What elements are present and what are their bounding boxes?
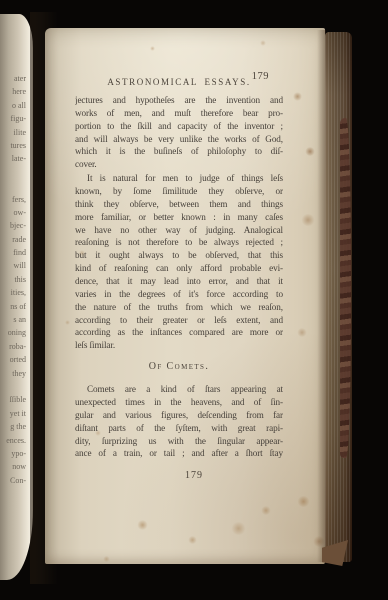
foxing-spot — [261, 506, 271, 515]
text-line: It is natural for men to judge of things… — [75, 172, 283, 185]
foxing-spot — [150, 46, 155, 51]
text-fragment: s an — [0, 313, 26, 326]
foxing-spot — [231, 522, 246, 535]
text-line: think they obſerve, between them and thi… — [75, 198, 283, 211]
foxing-spot — [297, 328, 307, 337]
text-line: according to their greater or leſs exten… — [75, 314, 283, 327]
text-fragment: bjec- — [0, 219, 26, 232]
paragraph-3: Comets are a kind of ſtars appearing atu… — [75, 383, 283, 460]
previous-page-text-fragments: aterhereo allfigu-ilitetureslate- fers,o… — [0, 72, 26, 487]
text-line: but it ought always to be obſerved, that… — [75, 249, 283, 262]
text-line: according as the inſtances compared are … — [75, 326, 283, 339]
text-line: and will always be very unlike the works… — [75, 133, 283, 146]
paragraph-2: It is natural for men to judge of things… — [75, 172, 283, 352]
text-line: leſs ſimilar. — [75, 339, 283, 352]
text-fragment — [0, 380, 26, 393]
text-fragment: rade — [0, 233, 26, 246]
page-text-block: jectures and hypotheſes are the inventio… — [75, 94, 283, 481]
text-fragment: fers, — [0, 193, 26, 206]
foxing-spot — [293, 92, 302, 101]
text-fragment: late- — [0, 152, 26, 165]
text-line: kind of reaſoning can only afford probab… — [75, 262, 283, 275]
header-page-number: 179 — [252, 71, 269, 82]
text-line: reaſoning is not therefore to be always … — [75, 236, 283, 249]
text-fragment: tures — [0, 139, 26, 152]
foxing-spot — [305, 147, 315, 156]
previous-page-edge: aterhereo allfigu-ilitetureslate- fers,o… — [0, 14, 33, 580]
foxing-spot — [103, 556, 110, 562]
book-page: ASTRONOMICAL ESSAYS. 179 jectures and hy… — [45, 28, 325, 564]
text-fragment: ypo- — [0, 447, 26, 460]
text-line: more familiar, or better known : in many… — [75, 211, 283, 224]
section-heading: Of Comets. — [75, 361, 283, 372]
text-line: jectures and hypotheſes are the inventio… — [75, 94, 283, 107]
text-line: varies in the degrees of it's force acco… — [75, 288, 283, 301]
text-line: which it is the buſineſs of philoſophy t… — [75, 145, 283, 158]
text-line: the nature of the truths from which we r… — [75, 301, 283, 314]
text-fragment: oning — [0, 326, 26, 339]
text-line: unexpected times in the heavens, and of … — [75, 396, 283, 409]
text-fragment: here — [0, 85, 26, 98]
text-fragment: now — [0, 460, 26, 473]
text-line: ance of a train, or tail ; and after a ſ… — [75, 447, 283, 460]
text-line: works of men, and muſt therefore bear pr… — [75, 107, 283, 120]
text-fragment: they — [0, 367, 26, 380]
text-fragment — [0, 166, 26, 179]
header-title: ASTRONOMICAL ESSAYS. — [107, 77, 250, 87]
foxing-spot — [65, 320, 70, 325]
text-fragment: figu- — [0, 112, 26, 125]
text-fragment: find — [0, 246, 26, 259]
text-line: Comets are a kind of ſtars appearing at — [75, 383, 283, 396]
text-fragment: g the — [0, 420, 26, 433]
text-line: cover. — [75, 158, 283, 171]
foxing-spot — [188, 536, 197, 544]
foxing-spot — [260, 40, 266, 46]
foxing-spot — [301, 214, 315, 226]
text-fragment: this — [0, 273, 26, 286]
footer-page-number: 179 — [90, 470, 298, 481]
text-line: portion to the ſkill and capacity of the… — [75, 120, 283, 133]
paragraph-1: jectures and hypotheſes are the inventio… — [75, 94, 283, 171]
text-line: we have no other way of judging. Analogi… — [75, 224, 283, 237]
running-header: ASTRONOMICAL ESSAYS. 179 — [75, 72, 283, 86]
text-fragment: orted — [0, 353, 26, 366]
text-fragment: ater — [0, 72, 26, 85]
text-line: diſtant parts of the ſyſtem, with great … — [75, 422, 283, 435]
book-photograph: aterhereo allfigu-ilitetureslate- fers,o… — [0, 0, 388, 600]
text-fragment: ow- — [0, 206, 26, 219]
text-fragment: ences. — [0, 434, 26, 447]
text-fragment: ſſible — [0, 393, 26, 406]
text-fragment: will — [0, 259, 26, 272]
text-fragment: Con- — [0, 474, 26, 487]
marbled-edge — [340, 118, 351, 458]
foxing-spot — [297, 496, 310, 507]
text-line: dity, ſurprizing us with the ſingular ap… — [75, 435, 283, 448]
text-fragment: roba- — [0, 340, 26, 353]
text-line: dence, that it may lead into error, and … — [75, 275, 283, 288]
text-fragment: ns of — [0, 300, 26, 313]
text-line: gular and various figures, deſcending fr… — [75, 409, 283, 422]
foxing-spot — [137, 520, 148, 530]
text-line: known, by ſome ſimilitude they obſerve, … — [75, 185, 283, 198]
text-fragment: o all — [0, 99, 26, 112]
text-fragment: ilite — [0, 126, 26, 139]
text-fragment: yet it — [0, 407, 26, 420]
text-fragment: ities, — [0, 286, 26, 299]
text-fragment — [0, 179, 26, 192]
